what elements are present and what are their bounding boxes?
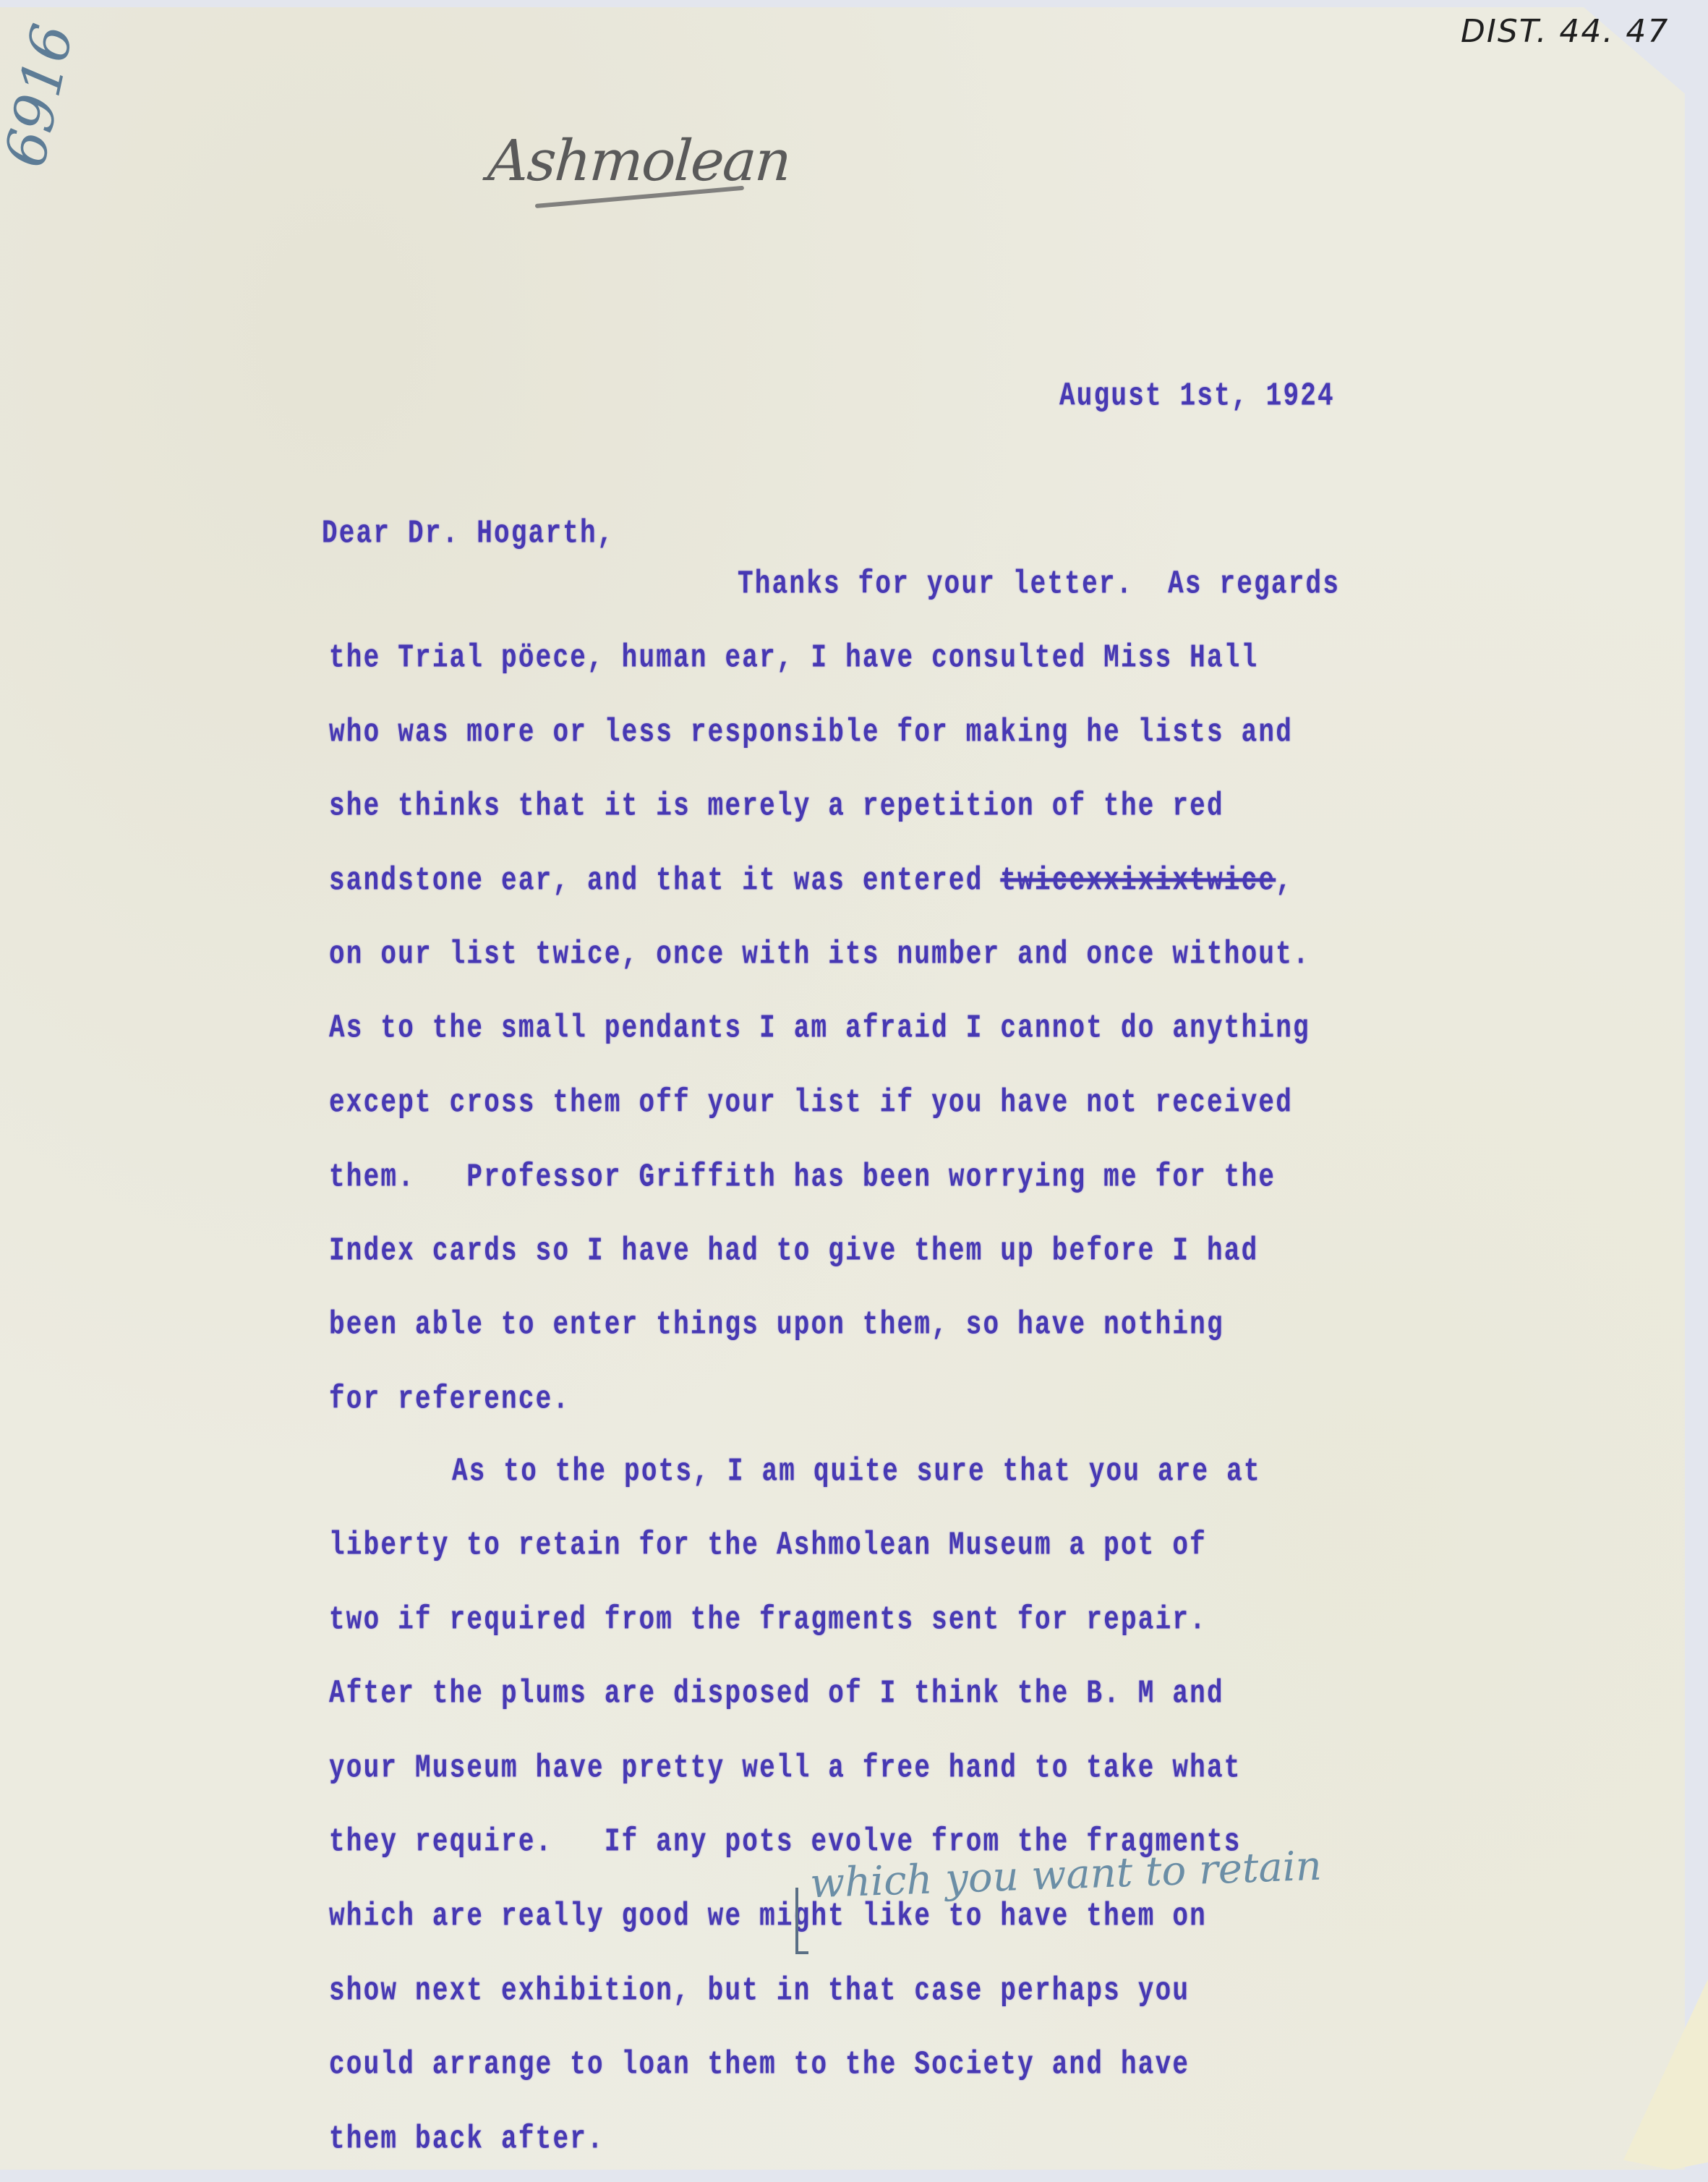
letter-line: who was more or less responsible for mak…: [329, 714, 1293, 751]
letter-line: liberty to retain for the Ashmolean Muse…: [329, 1527, 1207, 1564]
line-text: for reference.: [329, 1381, 570, 1418]
letter-line: As to the pots, I am quite sure that you…: [452, 1453, 1261, 1490]
letter-line: on our list twice, once with its number …: [329, 936, 1310, 973]
letter-line: After the plums are disposed of I think …: [329, 1675, 1224, 1712]
line-text: which are really good we might like to h…: [329, 1898, 1207, 1935]
line-text: two if required from the fragments sent …: [329, 1601, 1207, 1638]
letter-line: which are really good we might like to h…: [329, 1898, 1207, 1935]
letter-line: for reference.: [329, 1381, 570, 1418]
letter-line: show next exhibition, but in that case p…: [329, 1972, 1190, 2009]
struck-through-text: twicexxixixtwice: [1000, 862, 1276, 899]
letter-line: Thanks for your letter. As regards: [738, 566, 1340, 602]
line-text: who was more or less responsible for mak…: [329, 714, 1293, 751]
letter-line: she thinks that it is merely a repetitio…: [329, 788, 1224, 824]
letter-line: sandstone ear, and that it was entered t…: [329, 862, 1293, 899]
letter-line: could arrange to loan them to the Societ…: [329, 2046, 1190, 2083]
letter-line: been able to enter things upon them, so …: [329, 1306, 1224, 1343]
letter-line: the Trial pöece, human ear, I have consu…: [329, 639, 1258, 676]
line-text: After the plums are disposed of I think …: [329, 1675, 1224, 1712]
line-text: could arrange to loan them to the Societ…: [329, 2046, 1190, 2083]
letter-line: except cross them off your list if you h…: [329, 1084, 1293, 1121]
line-text: your Museum have pretty well a free hand…: [329, 1750, 1242, 1786]
line-text: them. Professor Griffith has been worryi…: [329, 1159, 1276, 1196]
line-text: Index cards so I have had to give them u…: [329, 1232, 1258, 1269]
line-text: the Trial pöece, human ear, I have consu…: [329, 639, 1258, 676]
line-text: show next exhibition, but in that case p…: [329, 1972, 1190, 2009]
line-text: them back after.: [329, 2121, 605, 2157]
letter-line: Index cards so I have had to give them u…: [329, 1232, 1258, 1269]
letter-date: August 1st, 1924: [1059, 378, 1335, 414]
letter-line: your Museum have pretty well a free hand…: [329, 1750, 1242, 1786]
line-text: Thanks for your letter. As regards: [738, 566, 1340, 602]
line-text: been able to enter things upon them, so …: [329, 1306, 1224, 1343]
line-text: As to the pots, I am quite sure that you…: [452, 1453, 1261, 1490]
line-text: As to the small pendants I am afraid I c…: [329, 1010, 1310, 1047]
archive-reference: DIST. 44. 47: [1461, 13, 1669, 50]
letter-line: them. Professor Griffith has been worryi…: [329, 1159, 1276, 1196]
letter-line: two if required from the fragments sent …: [329, 1601, 1207, 1638]
line-text: she thinks that it is merely a repetitio…: [329, 788, 1224, 824]
line-punctuation: ,: [1276, 862, 1293, 899]
insertion-caret-foot: [795, 1951, 808, 1954]
pencil-heading: Ashmolean: [486, 129, 793, 194]
insertion-caret: [795, 1888, 798, 1954]
letter-line: them back after.: [329, 2121, 605, 2157]
line-text: liberty to retain for the Ashmolean Muse…: [329, 1527, 1207, 1564]
line-text: sandstone ear, and that it was entered: [329, 862, 1000, 899]
line-text: except cross them off your list if you h…: [329, 1084, 1293, 1121]
line-text: on our list twice, once with its number …: [329, 936, 1310, 973]
letter-line: As to the small pendants I am afraid I c…: [329, 1010, 1310, 1047]
salutation: Dear Dr. Hogarth,: [322, 515, 615, 552]
